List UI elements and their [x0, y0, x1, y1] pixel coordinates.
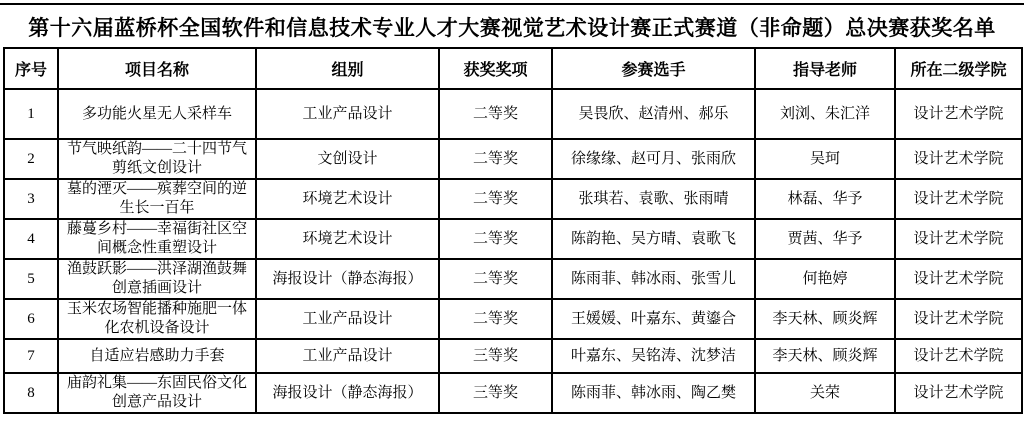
header-no: 序号	[4, 48, 58, 89]
cell-project: 节气映纸韵——二十四节气剪纸文创设计	[58, 139, 256, 179]
cell-group: 文创设计	[256, 139, 439, 179]
header-teachers: 指导老师	[755, 48, 895, 89]
header-group: 组别	[256, 48, 439, 89]
cell-project: 庙韵礼集——东固民俗文化创意产品设计	[58, 373, 256, 413]
cell-college: 设计艺术学院	[895, 373, 1022, 413]
header-award: 获奖奖项	[439, 48, 552, 89]
cell-group: 工业产品设计	[256, 299, 439, 339]
cell-contestants: 吴畏欣、赵清州、郝乐	[552, 89, 755, 139]
cell-contestants: 陈雨菲、韩冰雨、张雪儿	[552, 259, 755, 299]
cell-contestants: 徐缘缘、赵可月、张雨欣	[552, 139, 755, 179]
cell-no: 7	[4, 339, 58, 373]
cell-award: 二等奖	[439, 139, 552, 179]
cell-group: 环境艺术设计	[256, 219, 439, 259]
cell-no: 3	[4, 179, 58, 219]
cell-award: 二等奖	[439, 179, 552, 219]
cell-group: 工业产品设计	[256, 89, 439, 139]
cell-teachers: 刘浏、朱汇洋	[755, 89, 895, 139]
header-contestants: 参赛选手	[552, 48, 755, 89]
cell-award: 二等奖	[439, 219, 552, 259]
cell-teachers: 林磊、华予	[755, 179, 895, 219]
cell-group: 海报设计（静态海报）	[256, 259, 439, 299]
cell-project: 玉米农场智能播种施肥一体化农机设备设计	[58, 299, 256, 339]
cell-college: 设计艺术学院	[895, 259, 1022, 299]
cell-college: 设计艺术学院	[895, 89, 1022, 139]
cell-project: 自适应岩感助力手套	[58, 339, 256, 373]
cell-contestants: 陈雨菲、韩冰雨、陶乙樊	[552, 373, 755, 413]
cell-college: 设计艺术学院	[895, 339, 1022, 373]
cell-award: 三等奖	[439, 373, 552, 413]
cell-teachers: 何艳婷	[755, 259, 895, 299]
cell-no: 5	[4, 259, 58, 299]
cell-no: 2	[4, 139, 58, 179]
top-rule-divider	[0, 3, 1024, 5]
cell-award: 二等奖	[439, 259, 552, 299]
table-row: 2 节气映纸韵——二十四节气剪纸文创设计 文创设计 二等奖 徐缘缘、赵可月、张雨…	[4, 139, 1022, 179]
cell-contestants: 陈韵艳、吴方晴、袁歌飞	[552, 219, 755, 259]
cell-college: 设计艺术学院	[895, 219, 1022, 259]
table-row: 8 庙韵礼集——东固民俗文化创意产品设计 海报设计（静态海报） 三等奖 陈雨菲、…	[4, 373, 1022, 413]
cell-teachers: 李天林、顾炎辉	[755, 339, 895, 373]
cell-group: 环境艺术设计	[256, 179, 439, 219]
page: 第十六届蓝桥杯全国软件和信息技术专业人才大赛视觉艺术设计赛正式赛道（非命题）总决…	[0, 0, 1024, 424]
cell-college: 设计艺术学院	[895, 299, 1022, 339]
cell-project: 藤蔓乡村——幸福街社区空间概念性重塑设计	[58, 219, 256, 259]
cell-no: 4	[4, 219, 58, 259]
cell-contestants: 王媛媛、叶嘉东、黄鎏合	[552, 299, 755, 339]
cell-teachers: 贾茜、华予	[755, 219, 895, 259]
table-row: 1 多功能火星无人采样车 工业产品设计 二等奖 吴畏欣、赵清州、郝乐 刘浏、朱汇…	[4, 89, 1022, 139]
cell-college: 设计艺术学院	[895, 139, 1022, 179]
cell-teachers: 关荣	[755, 373, 895, 413]
cell-award: 二等奖	[439, 299, 552, 339]
cell-no: 6	[4, 299, 58, 339]
awards-table: 序号 项目名称 组别 获奖奖项 参赛选手 指导老师 所在二级学院 1 多功能火星…	[3, 47, 1023, 414]
table-row: 7 自适应岩感助力手套 工业产品设计 三等奖 叶嘉东、吴铭涛、沈梦洁 李天林、顾…	[4, 339, 1022, 373]
cell-no: 8	[4, 373, 58, 413]
table-row: 5 渔鼓跃影——洪泽湖渔鼓舞创意插画设计 海报设计（静态海报） 二等奖 陈雨菲、…	[4, 259, 1022, 299]
cell-contestants: 叶嘉东、吴铭涛、沈梦洁	[552, 339, 755, 373]
cell-no: 1	[4, 89, 58, 139]
cell-teachers: 吴珂	[755, 139, 895, 179]
table-row: 4 藤蔓乡村——幸福街社区空间概念性重塑设计 环境艺术设计 二等奖 陈韵艳、吴方…	[4, 219, 1022, 259]
cell-teachers: 李天林、顾炎辉	[755, 299, 895, 339]
cell-project: 渔鼓跃影——洪泽湖渔鼓舞创意插画设计	[58, 259, 256, 299]
header-college: 所在二级学院	[895, 48, 1022, 89]
cell-award: 二等奖	[439, 89, 552, 139]
header-project: 项目名称	[58, 48, 256, 89]
cell-award: 三等奖	[439, 339, 552, 373]
page-title: 第十六届蓝桥杯全国软件和信息技术专业人才大赛视觉艺术设计赛正式赛道（非命题）总决…	[0, 12, 1024, 42]
cell-group: 工业产品设计	[256, 339, 439, 373]
table-row: 6 玉米农场智能播种施肥一体化农机设备设计 工业产品设计 二等奖 王媛媛、叶嘉东…	[4, 299, 1022, 339]
table-header-row: 序号 项目名称 组别 获奖奖项 参赛选手 指导老师 所在二级学院	[4, 48, 1022, 89]
cell-project: 墓的湮灭——殡葬空间的逆生长一百年	[58, 179, 256, 219]
table-row: 3 墓的湮灭——殡葬空间的逆生长一百年 环境艺术设计 二等奖 张琪若、袁歌、张雨…	[4, 179, 1022, 219]
cell-contestants: 张琪若、袁歌、张雨晴	[552, 179, 755, 219]
cell-project: 多功能火星无人采样车	[58, 89, 256, 139]
cell-group: 海报设计（静态海报）	[256, 373, 439, 413]
cell-college: 设计艺术学院	[895, 179, 1022, 219]
